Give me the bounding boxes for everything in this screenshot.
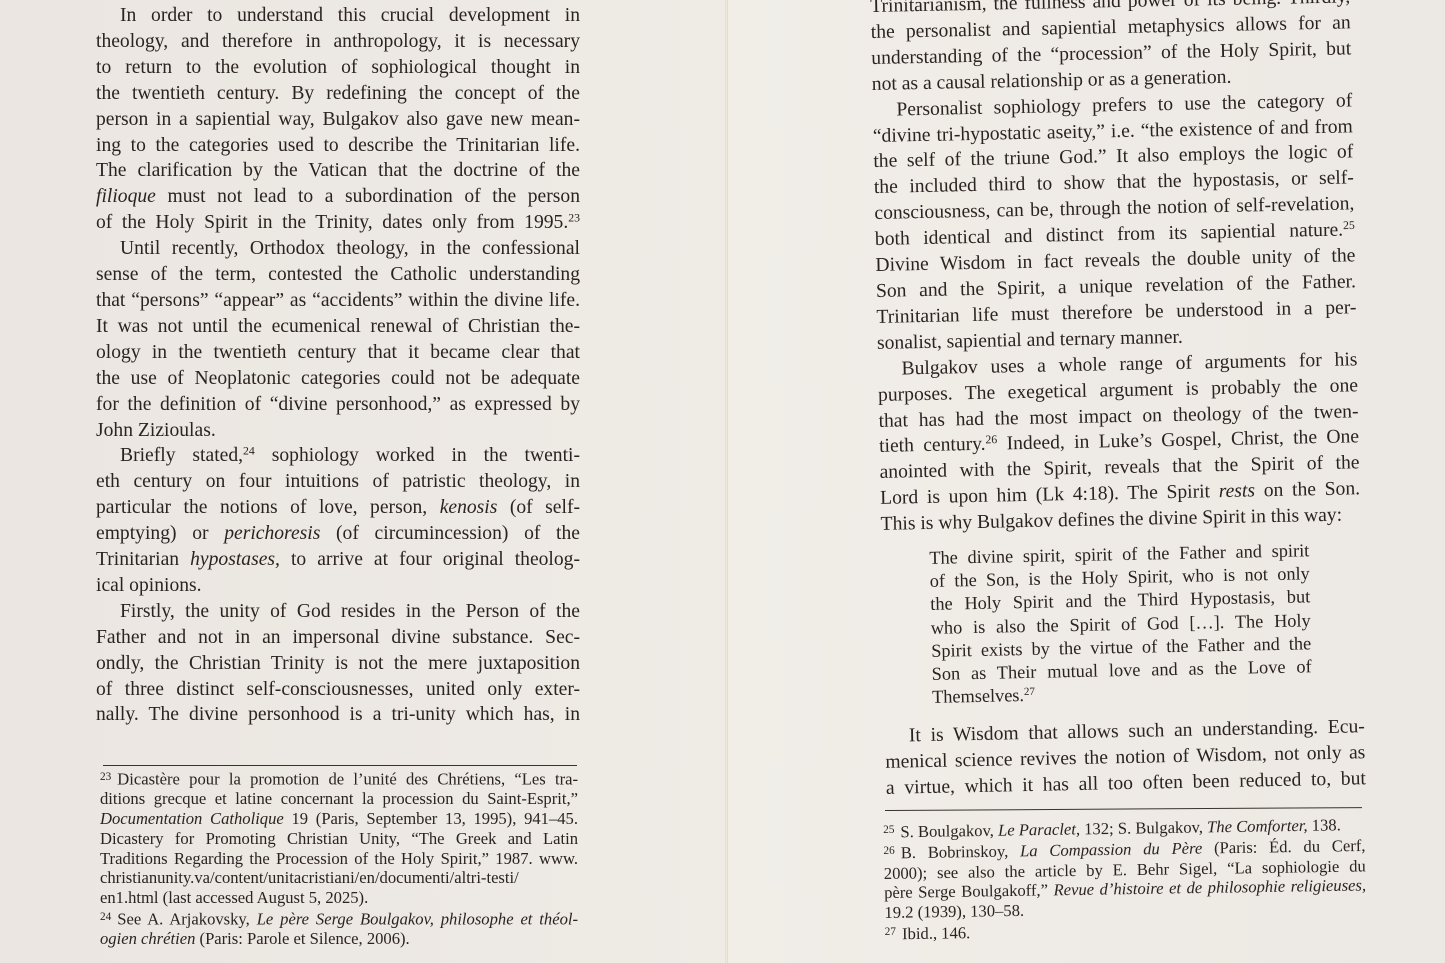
text-run: 138. <box>1307 815 1340 835</box>
italic-title: La Compassion du Père <box>1020 839 1202 861</box>
footnote-rule <box>885 807 1362 811</box>
paragraph: It is Wisdom that allows such an underst… <box>885 715 1366 802</box>
text-run: Briefly stated, <box>120 445 243 466</box>
text-line: The clarification by the Vatican that th… <box>96 158 580 184</box>
text-line: that “persons” “appear” as “accidents” w… <box>96 288 580 314</box>
footnote-number: 27 <box>885 926 896 938</box>
text-line: ondly, the Christian Trinity is not the … <box>96 651 580 677</box>
text-run: tieth century. <box>879 434 986 457</box>
text-run: B. Bobrinskoy, <box>901 842 1021 863</box>
text-line: of the Holy Spirit in the Trinity, dates… <box>96 210 580 236</box>
text-run: on the Son. <box>1255 478 1360 501</box>
footnote-number: 24 <box>100 911 111 923</box>
text-line: to return to the evolution of sophiologi… <box>96 55 580 81</box>
note-line: Dicastery for Promoting Christian Unity,… <box>100 829 578 849</box>
note-line: ogien chrétien (Paris: Parole et Silence… <box>100 929 578 949</box>
text-line: ing to the categories used to describe t… <box>96 133 580 159</box>
text-run: (Paris: Éd. du Cerf, <box>1202 836 1366 858</box>
text-run: S. Boulgakov, <box>900 821 998 842</box>
text-run: (of circumincession) of the <box>320 523 580 544</box>
text-run: 132; S. Bulgakov, <box>1080 817 1207 838</box>
text-run: 19 (Paris, September 13, 1995), 941–45. <box>284 809 578 828</box>
text-line: John Zizioulas. <box>96 418 580 444</box>
paragraph: Briefly stated,24 sophiology worked in t… <box>96 443 580 598</box>
paragraph: Personalist sophiology prefers to use th… <box>872 88 1357 357</box>
left-page-body: In order to understand this crucial deve… <box>96 3 580 728</box>
note-line: 24See A. Arjakovsky, Le père Serge Boulg… <box>100 908 578 929</box>
note-line: Documentation Catholique 19 (Paris, Sept… <box>100 809 578 829</box>
left-page: In order to understand this crucial deve… <box>0 0 727 963</box>
note-line: en1.html (last accessed August 5, 2025). <box>100 888 578 908</box>
book-spread: In order to understand this crucial deve… <box>0 0 1445 963</box>
text-run: Ibid., 146. <box>902 923 971 943</box>
footnote-ref[interactable]: 25 <box>1343 219 1355 232</box>
footnote-24: 24See A. Arjakovsky, Le père Serge Boulg… <box>100 908 578 949</box>
footnote-23: 23Dicastère pour la promotion de l’unité… <box>100 768 578 908</box>
text-line: filioque must not lead to a subordinatio… <box>96 184 580 210</box>
text-line: emptying) or perichoresis (of circumince… <box>96 521 580 547</box>
footnote-ref[interactable]: 23 <box>568 212 580 225</box>
text-line: nally. The divine personhood is a tri-un… <box>96 702 580 728</box>
italic-term: hypostases, <box>190 549 280 570</box>
paragraph: Firstly, the unity of God resides in the… <box>96 599 580 729</box>
italic-term: perichoresis <box>224 523 320 544</box>
left-footnotes: 23Dicastère pour la promotion de l’unité… <box>100 768 578 949</box>
footnote-ref[interactable]: 26 <box>985 433 997 446</box>
footnote-26: 26B. Bobrinskoy, La Compassion du Père (… <box>883 835 1366 923</box>
block-quote: The divine spirit, spirit of the Father … <box>929 539 1312 709</box>
text-line: of three distinct self-consciousnesses, … <box>96 677 580 703</box>
paragraph: Bulgakov uses a whole range of arguments… <box>877 347 1361 538</box>
text-run: Trinitarian <box>96 549 190 570</box>
text-run: of the Holy Spirit in the Trinity, dates… <box>96 212 568 233</box>
text-run: particular the notions of love, person, <box>96 497 440 518</box>
italic-term: rests <box>1219 481 1256 503</box>
text-line: the twentieth century. By redefining the… <box>96 81 580 107</box>
footnote-number: 26 <box>883 845 894 857</box>
italic-term: filioque <box>96 186 156 207</box>
note-line: Traditions Regarding the Procession of t… <box>100 849 578 869</box>
text-line: ical opinions. <box>96 573 580 599</box>
text-line: person in a sapiential way, Bulgakov als… <box>96 107 580 133</box>
note-line: 23Dicastère pour la promotion de l’unité… <box>100 768 578 789</box>
footnote-rule <box>103 765 577 766</box>
text-line: In order to understand this crucial deve… <box>96 3 580 29</box>
italic-title: ogien chrétien <box>100 929 195 948</box>
right-footnotes: 25S. Boulgakov, Le Paraclet, 132; S. Bul… <box>883 813 1367 944</box>
text-line: the use of Neoplatonic categories could … <box>96 366 580 392</box>
right-page: Trinitarianism, the fullness and power o… <box>728 0 1445 963</box>
text-line: eth century on four intuitions of patris… <box>96 469 580 495</box>
text-run: emptying) or <box>96 523 224 544</box>
italic-title: The Comforter, <box>1207 816 1308 837</box>
text-run: See A. Arjakovsky, <box>117 910 256 929</box>
text-run: Themselves. <box>932 685 1024 707</box>
right-page-body: Trinitarianism, the fullness and power o… <box>870 0 1366 802</box>
text-line: ology in the twentieth century that it b… <box>96 340 580 366</box>
text-run: must not lead to a subordination of the … <box>156 186 580 207</box>
footnote-number: 25 <box>883 824 894 836</box>
italic-title: Revue d’histoire et de philosophie relig… <box>1053 876 1366 900</box>
text-line: Briefly stated,24 sophiology worked in t… <box>96 443 580 469</box>
italic-term: kenosis <box>440 497 498 518</box>
text-line: Father and not in an impersonal divine s… <box>96 625 580 651</box>
text-run: sophiology worked in the twenti- <box>255 445 580 466</box>
footnote-ref[interactable]: 24 <box>243 445 255 458</box>
footnote-number: 23 <box>100 771 111 783</box>
text-line: sense of the term, contested the Catholi… <box>96 262 580 288</box>
footnote-ref[interactable]: 27 <box>1024 686 1035 698</box>
text-line: theology, and therefore in anthropology,… <box>96 29 580 55</box>
text-line: It was not until the ecumenical renewal … <box>96 314 580 340</box>
italic-title: Le père Serge Boulgakov, philosophe et t… <box>257 910 578 929</box>
text-run: père Serge Boulgakoff,” <box>884 881 1054 903</box>
text-line: particular the notions of love, person, … <box>96 495 580 521</box>
text-line: Firstly, the unity of God resides in the… <box>96 599 580 625</box>
italic-title: Le Paraclet, <box>998 819 1080 839</box>
text-run: to arrive at four original theolog- <box>280 549 580 570</box>
note-line: christianunity.va/content/unitacristiani… <box>100 868 578 888</box>
text-line: for the definition of “divine personhood… <box>96 392 580 418</box>
note-line: ditions grecque et latine concernant la … <box>100 789 578 809</box>
text-run: Dicastère pour la promotion de l’unité d… <box>117 770 578 789</box>
text-run: Lord is upon him (Lk 4:18). The Spirit <box>880 481 1219 509</box>
paragraph: Trinitarianism, the fullness and power o… <box>870 0 1352 98</box>
paragraph: Until recently, Orthodox theology, in th… <box>96 236 580 443</box>
text-line: Until recently, Orthodox theology, in th… <box>96 236 580 262</box>
text-line: Trinitarian hypostases, to arrive at fou… <box>96 547 580 573</box>
paragraph: In order to understand this crucial deve… <box>96 3 580 236</box>
text-run: (of self- <box>497 497 580 518</box>
italic-title: Documentation Catholique <box>100 809 284 828</box>
text-run: (Paris: Parole et Silence, 2006). <box>195 929 409 948</box>
